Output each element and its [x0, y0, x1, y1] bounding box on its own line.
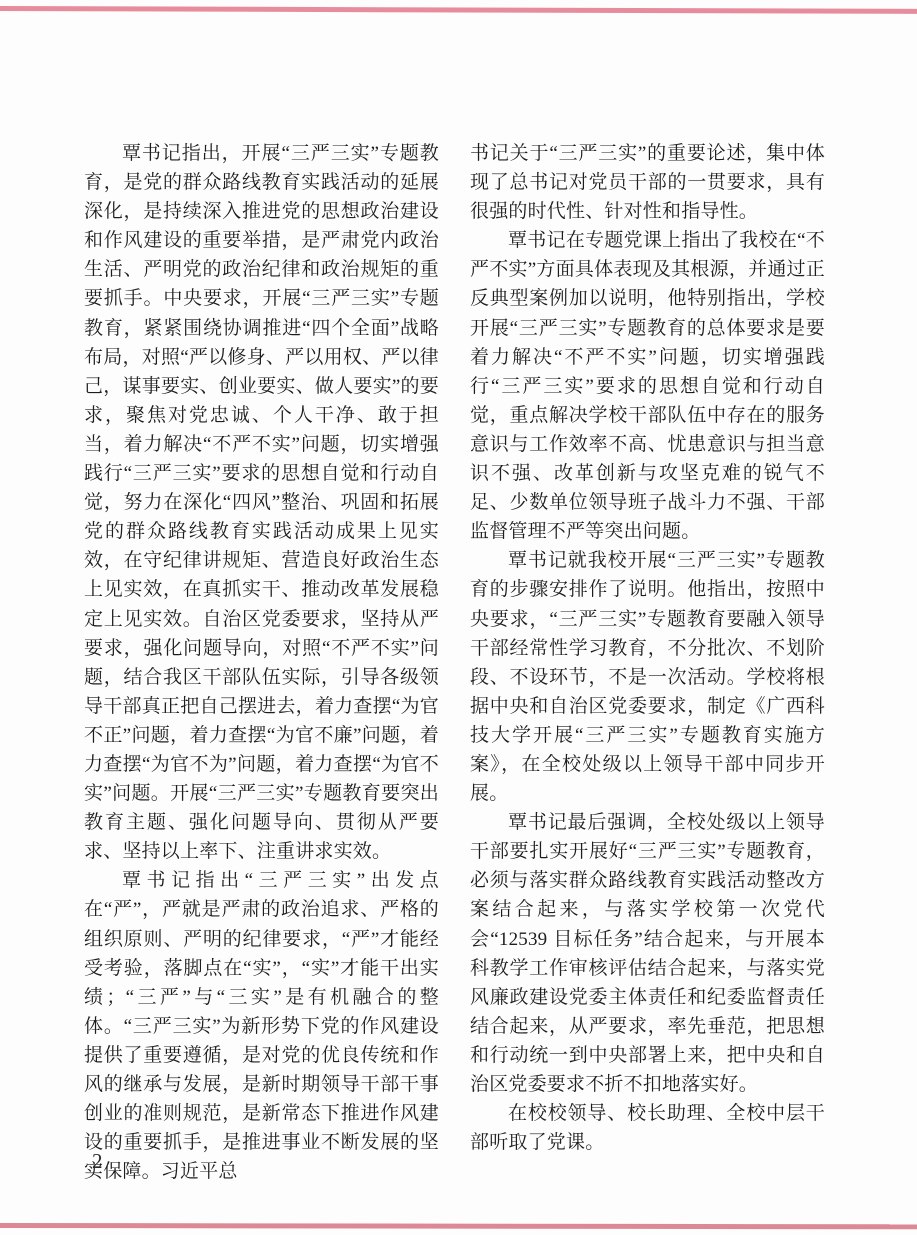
- paragraph: 在校校领导、校长助理、全校中层干部听取了党课。: [470, 1099, 825, 1157]
- paragraph: 覃书记在专题党课上指出了我校在“不严不实”方面具体表现及其根源，并通过正反典型案…: [470, 226, 825, 546]
- top-edge-rule: [0, 6, 917, 14]
- bottom-edge-rule: [0, 1223, 917, 1229]
- paragraph: 覃书记就我校开展“三严三实”专题教育的步骤安排作了说明。他指出，按照中央要求，“…: [470, 546, 825, 808]
- document-page: 覃书记指出，开展“三严三实”专题教育，是党的群众路线教育实践活动的延展深化，是持…: [0, 0, 917, 1235]
- paragraph: 覃书记最后强调，全校处级以上领导干部要扎实开展好“三严三实”专题教育，必须与落实…: [470, 808, 825, 1099]
- paragraph-continuation: 书记关于“三严三实”的重要论述，集中体现了总书记对党员干部的一贯要求，具有很强的…: [470, 139, 825, 226]
- left-text-column: 覃书记指出，开展“三严三实”专题教育，是党的群众路线教育实践活动的延展深化，是持…: [84, 139, 439, 1186]
- paragraph: 覃书记指出，开展“三严三实”专题教育，是党的群众路线教育实践活动的延展深化，是持…: [84, 139, 439, 866]
- paragraph: 覃书记指出“三严三实”出发点在“严”，严就是严肃的政治追求、严格的组织原则、严明…: [84, 866, 439, 1186]
- page-number: 2: [92, 1146, 103, 1176]
- right-text-column: 书记关于“三严三实”的重要论述，集中体现了总书记对党员干部的一贯要求，具有很强的…: [470, 139, 825, 1157]
